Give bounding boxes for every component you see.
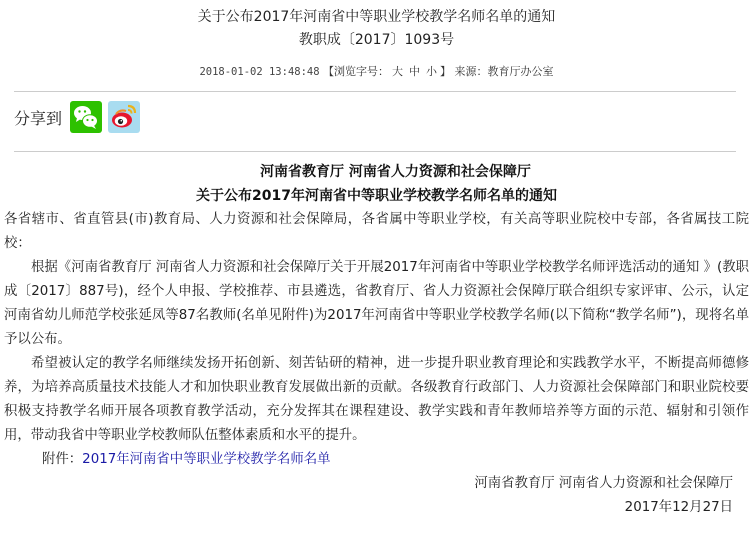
font-size-medium-button[interactable]: 中 (409, 65, 420, 78)
article-meta: 2018-01-02 13:48:48 【浏览字号：大中小】 来源：教育厅办公室 (0, 64, 753, 80)
attachment-row: 附件：2017年河南省中等职业学校教学名师名单 (4, 448, 749, 472)
attachment-label: 附件： (42, 452, 82, 467)
signature-date: 2017年12月27日 (4, 496, 749, 520)
issuer-heading: 河南省教育厅 河南省人力资源和社会保障厅 (42, 160, 749, 184)
notice-heading: 关于公布2017年河南省中等职业学校教学名师名单的通知 (4, 184, 749, 208)
source-value: 教育厅办公室 (488, 65, 554, 78)
paragraph-1: 根据《河南省教育厅 河南省人力资源和社会保障厅关于开展2017年河南省中等职业学… (4, 256, 749, 352)
document-number: 教职成〔2017〕1093号 (0, 29, 753, 51)
font-size-label: 【浏览字号： (323, 65, 389, 78)
share-bar: 分享到 (14, 101, 146, 133)
font-size-large-button[interactable]: 大 (392, 65, 403, 78)
wechat-icon[interactable] (70, 101, 102, 133)
publish-datetime: 2018-01-02 13:48:48 (199, 66, 319, 78)
salutation: 各省辖市、省直管县(市)教育局、人力资源和社会保障局，各省属中等职业学校，有关高… (4, 208, 749, 256)
page-title: 关于公布2017年河南省中等职业学校教学名师名单的通知 (0, 6, 753, 28)
signature: 河南省教育厅 河南省人力资源和社会保障厅 (4, 472, 749, 496)
font-size-close: 】 (440, 65, 451, 78)
paragraph-2: 希望被认定的教学名师继续发扬开拓创新、刻苦钻研的精神，进一步提升职业教育理论和实… (4, 352, 749, 448)
divider-bottom (14, 151, 736, 152)
attachment-link[interactable]: 2017年河南省中等职业学校教学名师名单 (82, 452, 330, 467)
share-label: 分享到 (14, 106, 62, 129)
divider-top (14, 91, 736, 92)
article-body: 河南省教育厅 河南省人力资源和社会保障厅 关于公布2017年河南省中等职业学校教… (4, 160, 749, 520)
source-label: 来源： (455, 65, 488, 78)
weibo-icon[interactable] (108, 101, 140, 133)
font-size-small-button[interactable]: 小 (426, 65, 437, 78)
